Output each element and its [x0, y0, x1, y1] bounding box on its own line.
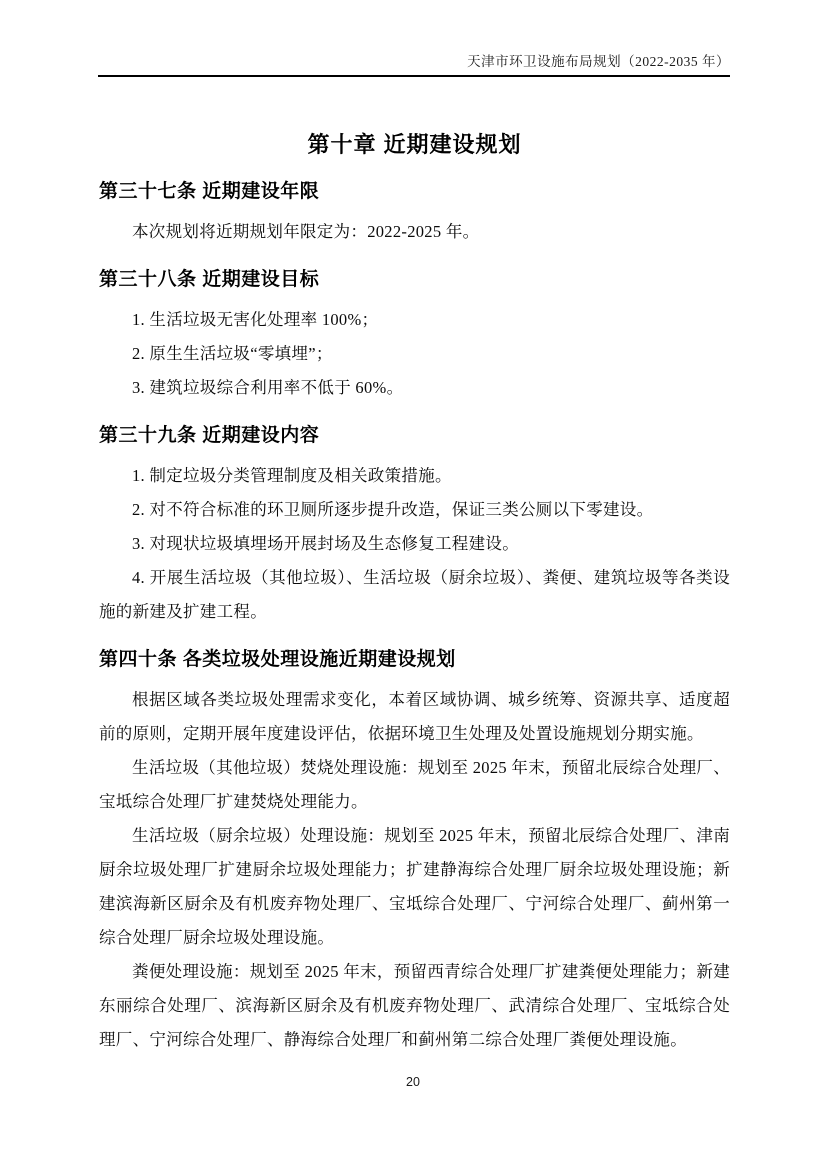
article-40-paragraph-principles: 根据区域各类垃圾处理需求变化，本着区域协调、城乡统筹、资源共享、适度超前的原则，… — [99, 683, 730, 751]
article-38-item-1: 1. 生活垃圾无害化处理率 100%； — [99, 303, 730, 337]
article-38-heading: 第三十八条 近期建设目标 — [99, 267, 730, 293]
section-article-38: 第三十八条 近期建设目标 1. 生活垃圾无害化处理率 100%； 2. 原生生活… — [99, 267, 730, 405]
article-38-item-2: 2. 原生生活垃圾“零填埋”； — [99, 337, 730, 371]
article-37-heading: 第三十七条 近期建设年限 — [99, 179, 730, 205]
page-footer: 20 — [0, 1075, 826, 1089]
document-body: 第十章 近期建设规划 第三十七条 近期建设年限 本次规划将近期规划年限定为：20… — [99, 79, 730, 1057]
page-number: 20 — [406, 1075, 420, 1089]
article-39-item-1: 1. 制定垃圾分类管理制度及相关政策措施。 — [99, 459, 730, 493]
document-page: 天津市环卫设施布局规划（2022-2035 年） 第十章 近期建设规划 第三十七… — [0, 0, 826, 1169]
article-39-item-3: 3. 对现状垃圾填埋场开展封场及生态修复工程建设。 — [99, 527, 730, 561]
article-39-item-4: 4. 开展生活垃圾（其他垃圾）、生活垃圾（厨余垃圾）、粪便、建筑垃圾等各类设施的… — [99, 561, 730, 629]
article-40-paragraph-incineration: 生活垃圾（其他垃圾）焚烧处理设施：规划至 2025 年末，预留北辰综合处理厂、宝… — [99, 751, 730, 819]
article-40-paragraph-fecal: 粪便处理设施：规划至 2025 年末，预留西青综合处理厂扩建粪便处理能力；新建东… — [99, 955, 730, 1057]
section-article-37: 第三十七条 近期建设年限 本次规划将近期规划年限定为：2022-2025 年。 — [99, 179, 730, 249]
article-38-item-3: 3. 建筑垃圾综合利用率不低于 60%。 — [99, 371, 730, 405]
running-header-title: 天津市环卫设施布局规划（2022-2035 年） — [98, 52, 730, 77]
article-39-heading: 第三十九条 近期建设内容 — [99, 423, 730, 449]
section-article-39: 第三十九条 近期建设内容 1. 制定垃圾分类管理制度及相关政策措施。 2. 对不… — [99, 423, 730, 629]
article-39-item-2: 2. 对不符合标准的环卫厕所逐步提升改造，保证三类公厕以下零建设。 — [99, 493, 730, 527]
article-40-heading: 第四十条 各类垃圾处理设施近期建设规划 — [99, 647, 730, 673]
article-37-paragraph: 本次规划将近期规划年限定为：2022-2025 年。 — [99, 215, 730, 249]
chapter-title: 第十章 近期建设规划 — [99, 129, 730, 161]
page-header: 天津市环卫设施布局规划（2022-2035 年） — [98, 0, 730, 77]
section-article-40: 第四十条 各类垃圾处理设施近期建设规划 根据区域各类垃圾处理需求变化，本着区域协… — [99, 647, 730, 1057]
article-40-paragraph-kitchen-waste: 生活垃圾（厨余垃圾）处理设施：规划至 2025 年末，预留北辰综合处理厂、津南厨… — [99, 819, 730, 955]
